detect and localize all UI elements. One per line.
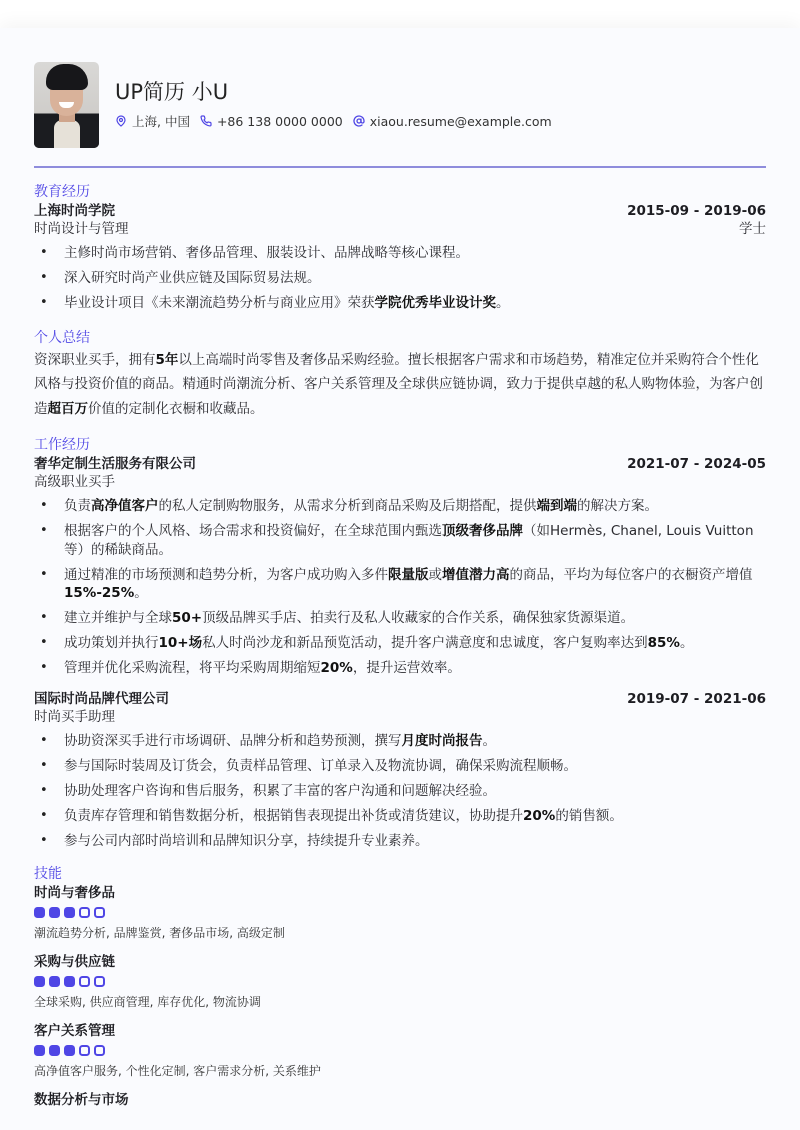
- skill-keywords: 潮流趋势分析, 品牌鉴赏, 奢侈品市场, 高级定制: [34, 924, 766, 942]
- skill-item: 采购与供应链 全球采购, 供应商管理, 库存优化, 物流协调: [34, 953, 766, 1011]
- map-pin-icon: [115, 115, 127, 127]
- resume-page: UP简历 小U 上海, 中国 +86 138 0000 0000 xiaou.r…: [0, 28, 800, 1130]
- section-work: 工作经历 奢华定制生活服务有限公司 2021-07 - 2024-05 高级职业…: [34, 435, 766, 850]
- list-item: 主修时尚市场营销、奢侈品管理、服装设计、品牌战略等核心课程。: [34, 244, 766, 263]
- list-item: 毕业设计项目《未来潮流趋势分析与商业应用》荣获学院优秀毕业设计奖。: [34, 294, 766, 313]
- company-name: 奢华定制生活服务有限公司: [34, 455, 196, 473]
- section-education: 教育经历 上海时尚学院 2015-09 - 2019-06 时尚设计与管理 学士…: [34, 182, 766, 313]
- phone-icon: [200, 115, 212, 127]
- skill-level-rating: [34, 976, 766, 988]
- list-item: 根据客户的个人风格、场合需求和投资偏好，在全球范围内甄选顶级奢侈品牌（如Herm…: [34, 522, 766, 559]
- level-dot-filled: [49, 907, 60, 918]
- education-bullets: 主修时尚市场营销、奢侈品管理、服装设计、品牌战略等核心课程。 深入研究时尚产业供…: [34, 244, 766, 313]
- list-item: 协助资深买手进行市场调研、品牌分析和趋势预测，撰写月度时尚报告。: [34, 732, 766, 751]
- list-item: 协助处理客户咨询和售后服务，积累了丰富的客户沟通和问题解决经验。: [34, 782, 766, 801]
- skill-item: 客户关系管理 高净值客户服务, 个性化定制, 客户需求分析, 关系维护: [34, 1022, 766, 1080]
- section-skills: 技能 时尚与奢侈品 潮流趋势分析, 品牌鉴赏, 奢侈品市场, 高级定制 采购与供…: [34, 864, 766, 1110]
- list-item: 深入研究时尚产业供应链及国际贸易法规。: [34, 269, 766, 288]
- major: 时尚设计与管理: [34, 220, 129, 239]
- list-item: 管理并优化采购流程，将平均采购周期缩短20%，提升运营效率。: [34, 659, 766, 678]
- skill-name: 数据分析与市场: [34, 1091, 766, 1110]
- header-divider: [34, 166, 766, 168]
- list-item: 参与国际时装周及订货会，负责样品管理、订单录入及物流协调，确保采购流程顺畅。: [34, 757, 766, 776]
- phone-text: +86 138 0000 0000: [217, 114, 343, 129]
- section-title-summary: 个人总结: [34, 328, 766, 348]
- company-name: 国际时尚品牌代理公司: [34, 690, 169, 708]
- level-dot-filled: [34, 976, 45, 987]
- job-dates: 2019-07 - 2021-06: [627, 690, 766, 708]
- section-title-education: 教育经历: [34, 182, 766, 202]
- contact-email[interactable]: xiaou.resume@example.com: [353, 114, 552, 129]
- section-summary: 个人总结 资深职业买手，拥有5年以上高端时尚零售及奢侈品采购经验。擅长根据客户需…: [34, 328, 766, 422]
- list-item: 负责高净值客户的私人定制购物服务，从需求分析到商品采购及后期搭配，提供端到端的解…: [34, 497, 766, 516]
- level-dot-empty: [79, 1045, 90, 1056]
- profile-photo: [34, 62, 99, 148]
- level-dot-filled: [49, 976, 60, 987]
- education-dates: 2015-09 - 2019-06: [627, 202, 766, 220]
- job-dates: 2021-07 - 2024-05: [627, 455, 766, 473]
- skill-name: 客户关系管理: [34, 1022, 766, 1041]
- list-item: 通过精准的市场预测和趋势分析，为客户成功购入多件限量版或增值潜力高的商品，平均为…: [34, 566, 766, 603]
- location-text: 上海, 中国: [132, 112, 190, 130]
- level-dot-filled: [49, 1045, 60, 1056]
- job-role: 高级职业买手: [34, 473, 766, 492]
- level-dot-filled: [64, 976, 75, 987]
- level-dot-empty: [94, 976, 105, 987]
- skill-name: 时尚与奢侈品: [34, 884, 766, 903]
- skill-item: 数据分析与市场: [34, 1091, 766, 1110]
- section-title-work: 工作经历: [34, 435, 766, 455]
- level-dot-filled: [64, 907, 75, 918]
- level-dot-empty: [94, 1045, 105, 1056]
- level-dot-empty: [79, 907, 90, 918]
- level-dot-empty: [79, 976, 90, 987]
- list-item: 成功策划并执行10+场私人时尚沙龙和新品预览活动，提升客户满意度和忠诚度，客户复…: [34, 634, 766, 653]
- list-item: 建立并维护与全球50+顶级品牌买手店、拍卖行及私人收藏家的合作关系，确保独家货源…: [34, 609, 766, 628]
- job-bullets: 协助资深买手进行市场调研、品牌分析和趋势预测，撰写月度时尚报告。 参与国际时装周…: [34, 732, 766, 851]
- email-text: xiaou.resume@example.com: [370, 114, 552, 129]
- skill-item: 时尚与奢侈品 潮流趋势分析, 品牌鉴赏, 奢侈品市场, 高级定制: [34, 884, 766, 942]
- job-bullets: 负责高净值客户的私人定制购物服务，从需求分析到商品采购及后期搭配，提供端到端的解…: [34, 497, 766, 678]
- section-title-skills: 技能: [34, 864, 766, 884]
- skill-keywords: 全球采购, 供应商管理, 库存优化, 物流协调: [34, 993, 766, 1011]
- contact-info: 上海, 中国 +86 138 0000 0000 xiaou.resume@ex…: [115, 112, 562, 130]
- summary-text: 资深职业买手，拥有5年以上高端时尚零售及奢侈品采购经验。擅长根据客户需求和市场趋…: [34, 348, 766, 422]
- skill-level-rating: [34, 1045, 766, 1057]
- contact-phone[interactable]: +86 138 0000 0000: [200, 114, 343, 129]
- job-role: 时尚买手助理: [34, 708, 766, 727]
- resume-header: UP简历 小U 上海, 中国 +86 138 0000 0000 xiaou.r…: [34, 62, 766, 148]
- candidate-name: UP简历 小U: [115, 78, 562, 106]
- list-item: 参与公司内部时尚培训和品牌知识分享，持续提升专业素养。: [34, 832, 766, 851]
- level-dot-empty: [94, 907, 105, 918]
- level-dot-filled: [64, 1045, 75, 1056]
- level-dot-filled: [34, 1045, 45, 1056]
- job-entry: 国际时尚品牌代理公司 2019-07 - 2021-06 时尚买手助理 协助资深…: [34, 690, 766, 851]
- degree: 学士: [739, 220, 766, 239]
- skill-level-rating: [34, 907, 766, 919]
- list-item: 负责库存管理和销售数据分析，根据销售表现提出补货或清货建议，协助提升20%的销售…: [34, 807, 766, 826]
- skill-name: 采购与供应链: [34, 953, 766, 972]
- at-sign-icon: [353, 115, 365, 127]
- school-name: 上海时尚学院: [34, 202, 115, 220]
- job-entry: 奢华定制生活服务有限公司 2021-07 - 2024-05 高级职业买手 负责…: [34, 455, 766, 678]
- skill-keywords: 高净值客户服务, 个性化定制, 客户需求分析, 关系维护: [34, 1062, 766, 1080]
- contact-location: 上海, 中国: [115, 112, 190, 130]
- level-dot-filled: [34, 907, 45, 918]
